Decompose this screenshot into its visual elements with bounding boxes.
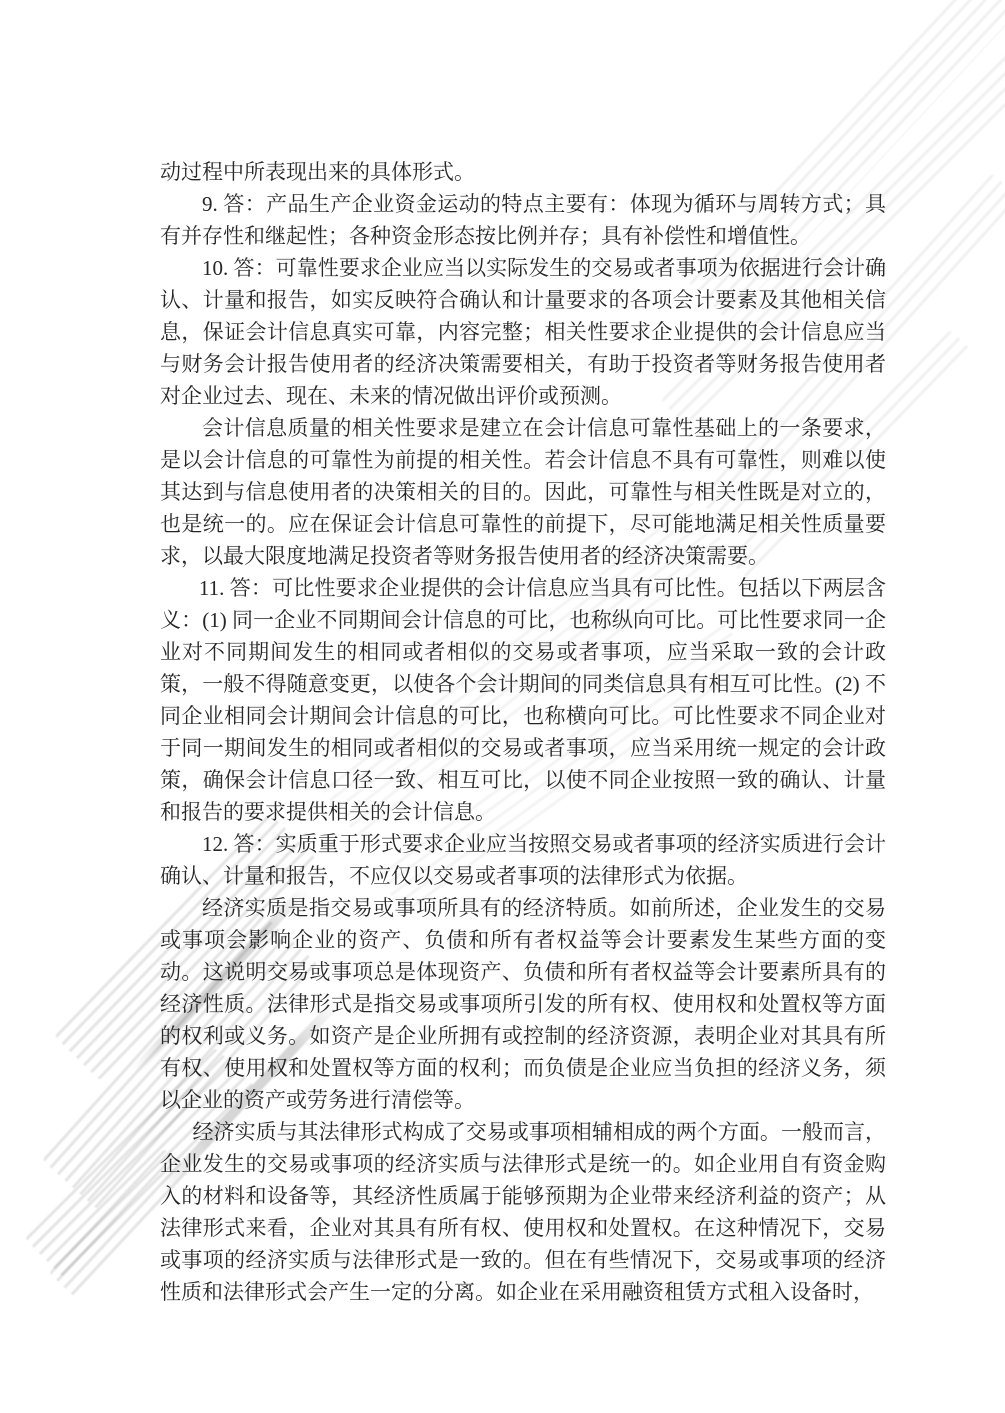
document-page: 动过程中所表现出来的具体形式。9. 答：产品生产企业资金运动的特点主要有：体现为… [0,0,1005,1413]
paragraph: 会计信息质量的相关性要求是建立在会计信息可靠性基础上的一条要求，是以会计信息的可… [160,412,886,572]
paragraph: 9. 答：产品生产企业资金运动的特点主要有：体现为循环与周转方式；具有并存性和继… [160,188,886,252]
paragraph: 经济实质与其法律形式构成了交易或事项相辅相成的两个方面。一般而言，企业发生的交易… [160,1116,886,1308]
document-body: 动过程中所表现出来的具体形式。9. 答：产品生产企业资金运动的特点主要有：体现为… [160,156,886,1308]
paragraph: 经济实质是指交易或事项所具有的经济特质。如前所述，企业发生的交易或事项会影响企业… [160,892,886,1116]
paragraph: 动过程中所表现出来的具体形式。 [160,156,886,188]
paragraph: 11. 答：可比性要求企业提供的会计信息应当具有可比性。包括以下两层含义：(1)… [160,572,886,828]
paragraph: 10. 答：可靠性要求企业应当以实际发生的交易或者事项为依据进行会计确认、计量和… [160,252,886,412]
paragraph: 12. 答：实质重于形式要求企业应当按照交易或者事项的经济实质进行会计确认、计量… [160,828,886,892]
